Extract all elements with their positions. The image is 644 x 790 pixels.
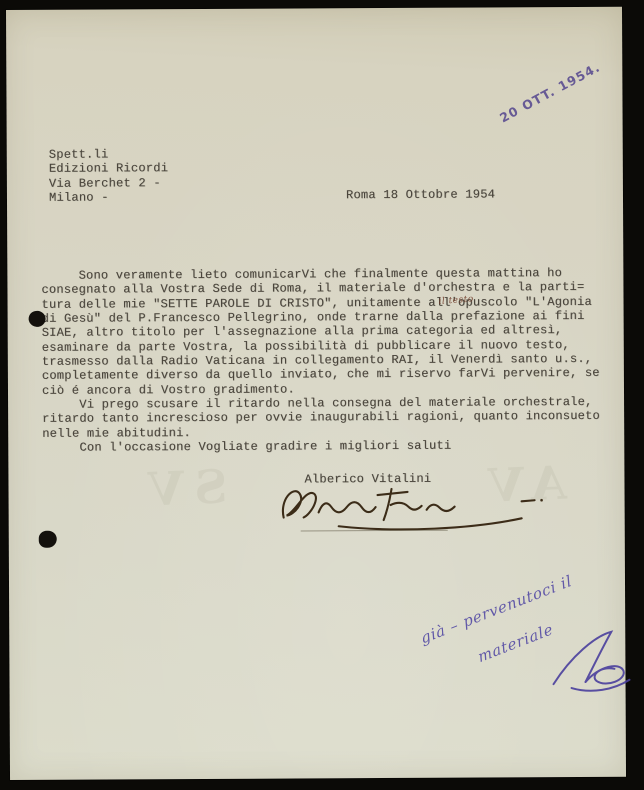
page-showthrough-left: SV <box>137 459 228 517</box>
letter-page: SV AV 20 OTT. 1954. Spett.li Edizioni Ri… <box>6 7 626 780</box>
letter-body: Sono veramente lieto comunicarVi che fin… <box>41 266 600 455</box>
scanned-letter-background: SV AV 20 OTT. 1954. Spett.li Edizioni Ri… <box>0 0 644 790</box>
annotation-initials-paraph <box>543 622 638 707</box>
recipient-address: Spett.li Edizioni Ricordi Via Berchet 2 … <box>49 147 169 205</box>
punch-hole-bottom <box>39 531 57 548</box>
date-received-stamp: 20 OTT. 1954. <box>497 59 603 125</box>
handwritten-signature <box>278 479 546 542</box>
dateline: Roma 18 Ottobre 1954 <box>346 187 495 202</box>
